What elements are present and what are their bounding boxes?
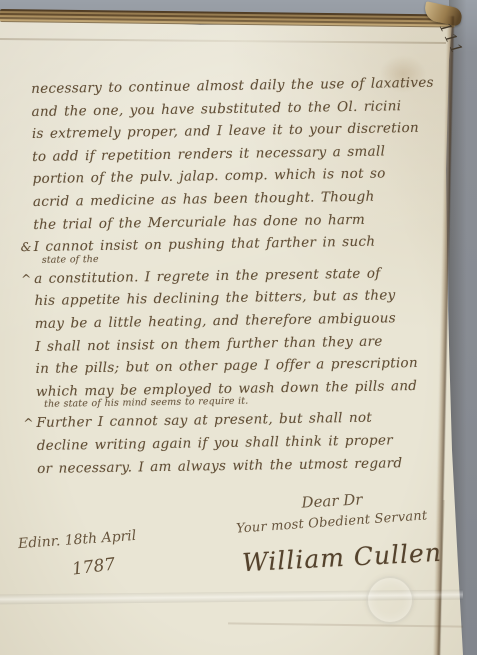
line-text: portion of the pulv. jalap. comp. which … (32, 166, 385, 188)
line-text: to add if repetition renders it necessar… (32, 143, 385, 165)
line-text: may be a little heating, and therefore a… (35, 310, 396, 332)
line-text: I shall not insist on them further than … (35, 333, 383, 354)
line-text: decline writing again if you shall think… (37, 432, 393, 454)
line-text: acrid a medicine as has been thought. Th… (33, 189, 375, 210)
margin-mark: ^ (21, 268, 32, 291)
line-text: a constitution. I regrete in the present… (34, 265, 381, 286)
line-text: Further I cannot say at present, but sha… (36, 410, 372, 431)
manuscript-photo: 111 necessary to continue almost daily t… (0, 0, 477, 655)
margin-mark: & (20, 236, 31, 259)
line-text: in the pills; but on other page I offer … (35, 355, 418, 377)
line-text: is extremely proper, and I leave it to y… (32, 120, 419, 142)
line-text: and the one, you have substituted to the… (31, 98, 401, 120)
line-text: necessary to continue almost daily the u… (31, 75, 434, 97)
letter-lines: necessary to continue almost daily the u… (31, 71, 455, 480)
line-text: the trial of the Mercuriale has done no … (33, 211, 365, 232)
line-text: state of the (42, 254, 99, 266)
margin-mark: ^ (23, 412, 34, 435)
line-text: his appetite his declining the bitters, … (34, 288, 395, 310)
line-text: or necessary. I am always with the utmos… (37, 455, 402, 477)
embossed-seal (366, 576, 414, 624)
line-text: the state of his mind seems to require i… (44, 396, 248, 410)
